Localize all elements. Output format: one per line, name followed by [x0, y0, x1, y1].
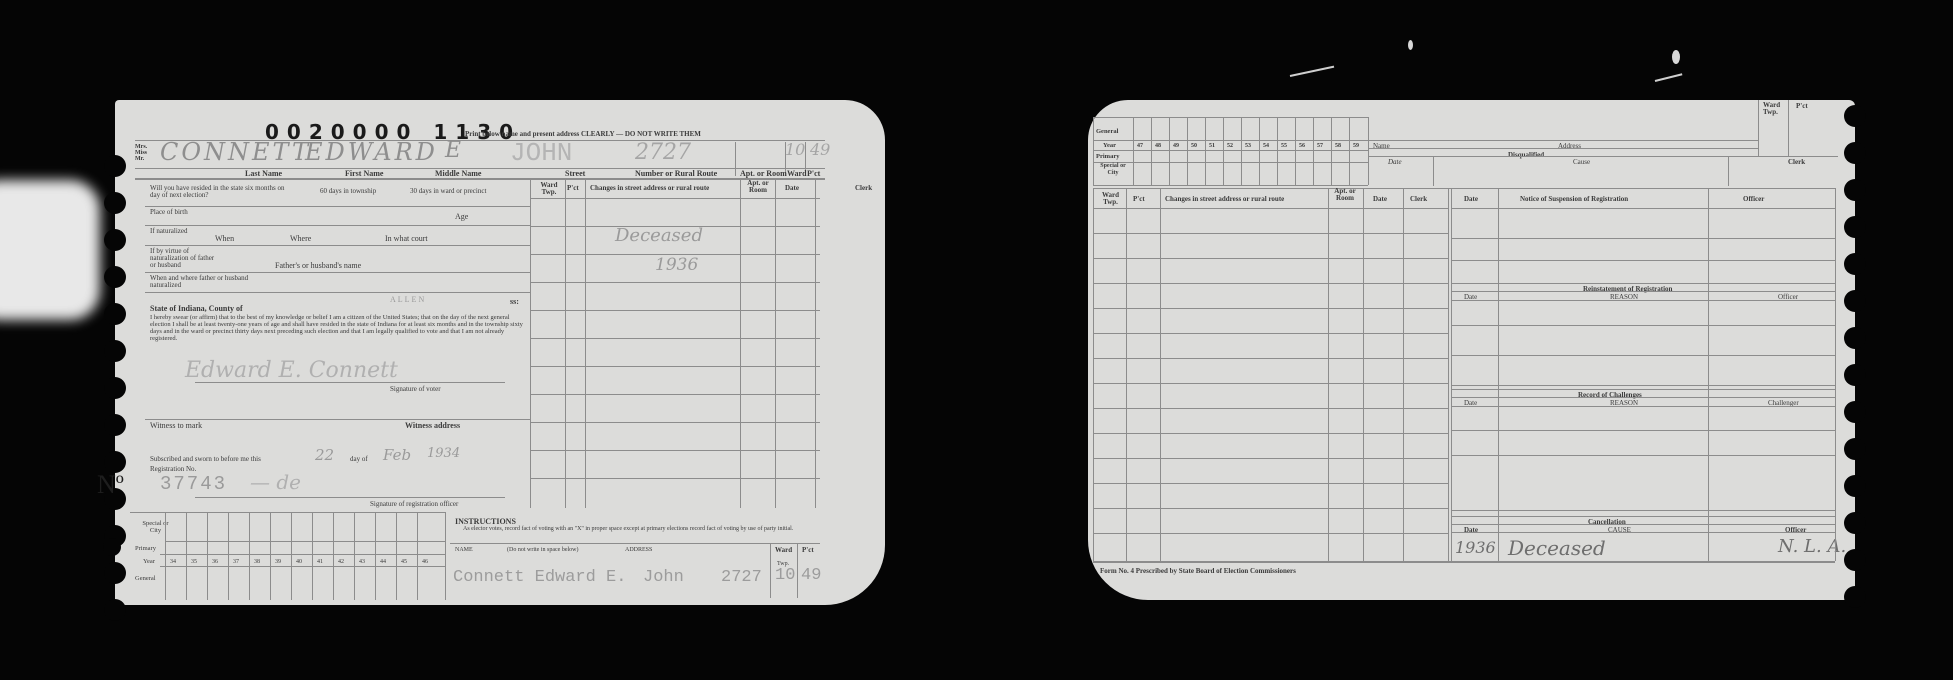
first-name-value: EDWARD	[305, 138, 438, 166]
perforation-hole	[1844, 549, 1866, 571]
grid-col-line	[1313, 117, 1314, 185]
witness-mark-label: Witness to mark	[150, 422, 202, 430]
perforation-hole	[104, 155, 126, 177]
grid-col-line	[1126, 188, 1127, 561]
front-header-ward: Ward Twp.	[535, 182, 563, 196]
last-name-value: CONNETT	[160, 138, 311, 166]
residence-60-days: 60 days in township	[320, 188, 390, 195]
year-cell: 39	[275, 558, 281, 566]
table-row-line	[1093, 233, 1448, 234]
perforation-hole	[1844, 364, 1866, 386]
grid-col-line	[186, 512, 187, 600]
oath-heading: State of Indiana, County of	[150, 305, 243, 313]
change-entry-deceased: Deceased	[615, 225, 703, 246]
back-ward-twp-label: Ward Twp.	[1763, 102, 1788, 116]
grid-col-line	[1328, 188, 1329, 561]
table-row-line	[1093, 508, 1448, 509]
table-row-line	[530, 422, 820, 423]
table-row-line	[1093, 258, 1448, 259]
table-row-line	[1093, 383, 1448, 384]
perforation-hole	[104, 414, 126, 436]
officer-signature-label: Signature of registration officer	[370, 500, 458, 508]
back-header-clerk: Clerk	[1410, 195, 1427, 203]
table-row-line	[1093, 283, 1448, 284]
change-entry-year: 1936	[655, 255, 698, 275]
perforation-hole	[104, 192, 126, 214]
back-vote-row-primary: Primary	[1096, 153, 1119, 161]
year-cell: 35	[191, 558, 197, 566]
apt-label: Apt. or Room	[740, 170, 787, 178]
naturalized-label: If naturalized	[150, 228, 195, 235]
bottom-address-label: ADDRESS	[625, 546, 652, 554]
table-row-line	[1093, 483, 1448, 484]
perforation-hole	[1844, 438, 1866, 460]
back-cause-label: Cause	[1573, 158, 1590, 166]
table-row-line	[1093, 333, 1448, 334]
front-header-date: Date	[785, 184, 799, 192]
signature-label: Signature of voter	[390, 385, 441, 393]
year-cell: 58	[1335, 142, 1341, 150]
witness-address-label: Witness address	[405, 422, 460, 430]
typed-pct: 49	[801, 566, 821, 585]
disqualified-label: Disqualified	[1508, 151, 1544, 159]
number-value: 2727	[635, 140, 691, 165]
section-line	[1451, 406, 1835, 407]
grid-col-line	[249, 512, 250, 600]
registration-no-label: Registration No.	[150, 465, 196, 473]
title-prefixes: Mrs.MissMr.	[135, 144, 147, 162]
year-cell: 49	[1173, 142, 1179, 150]
year-cell: 42	[338, 558, 344, 566]
when-where-father-label: When and where father or husband natural…	[150, 275, 250, 289]
form-footer: Form No. 4 Prescribed by State Board of …	[1100, 567, 1296, 575]
do-not-write-label: (Do not write in space below)	[507, 546, 578, 554]
residence-question: Will you have resided in the state six m…	[150, 185, 290, 199]
front-header-pct: P'ct	[567, 184, 579, 192]
year-cell: 38	[254, 558, 260, 566]
grid-col-line	[1349, 117, 1350, 185]
back-vote-row-general: General	[1096, 128, 1118, 136]
where-label: Where	[290, 235, 311, 243]
perforation-hole	[1844, 475, 1866, 497]
header-instruction: Print below name and present address CLE…	[465, 130, 701, 138]
perforation-hole	[104, 377, 126, 399]
oath-text: I hereby swear (or affirm) that to the b…	[150, 314, 525, 342]
table-row-line	[1093, 533, 1448, 534]
grid-col-line	[1133, 117, 1134, 185]
middle-initial-value: E	[445, 138, 461, 163]
table-row-line	[1093, 208, 1448, 209]
back-header-ward: Ward Twp.	[1098, 192, 1123, 206]
year-cell: 54	[1263, 142, 1269, 150]
section-line	[1451, 516, 1835, 517]
year-cell: 48	[1155, 142, 1161, 150]
place-of-birth-label: Place of birth	[150, 209, 190, 216]
perforation-hole	[1844, 216, 1866, 238]
grid-col-line	[1241, 117, 1242, 185]
section-line	[1451, 455, 1835, 456]
typed-number: 2727	[721, 568, 762, 587]
middle-name-label: Middle Name	[435, 170, 481, 178]
grid-col-line	[228, 512, 229, 600]
grid-col-line	[1259, 117, 1260, 185]
grid-col-line	[354, 512, 355, 600]
county-value: ALLEN	[390, 296, 426, 304]
court-label: In what court	[385, 235, 428, 243]
instructions-title: INSTRUCTIONS	[455, 518, 516, 526]
grid-col-line	[1498, 188, 1499, 561]
pct-value: 49	[810, 140, 830, 159]
scan-glare	[0, 180, 100, 320]
table-row-line	[530, 310, 820, 311]
back-header-apt: Apt. or Room	[1330, 188, 1360, 202]
grid-col-line	[375, 512, 376, 600]
section-line	[1451, 355, 1835, 356]
grid-col-line	[1223, 117, 1224, 185]
year-cell: 50	[1191, 142, 1197, 150]
day-of-label: day of	[350, 455, 368, 463]
street-value: JOHN	[510, 138, 572, 168]
grid-col-line	[1708, 188, 1709, 561]
back-clerk-label: Clerk	[1788, 158, 1805, 166]
section-line	[1451, 283, 1835, 284]
section-line	[1451, 300, 1835, 301]
grid-col-line	[1331, 117, 1332, 185]
table-row-line	[1093, 358, 1448, 359]
year-cell: 55	[1281, 142, 1287, 150]
perforation-hole	[1844, 105, 1866, 127]
year-cell: 51	[1209, 142, 1215, 150]
grid-col-line	[1160, 188, 1161, 561]
back-date-label: Date	[1388, 158, 1402, 166]
age-label: Age	[455, 213, 468, 221]
perforation-hole	[1844, 253, 1866, 275]
scan-scratch	[1655, 73, 1683, 82]
grid-col-line	[1295, 117, 1296, 185]
grid-col-line	[396, 512, 397, 600]
back-header-changes: Changes in street address or rural route	[1165, 195, 1284, 203]
perforation-hole	[1844, 512, 1866, 534]
table-row-line	[530, 366, 820, 367]
typed-name: Connett Edward E.	[453, 568, 626, 587]
grid-col-line	[1363, 188, 1364, 561]
year-cell: 40	[296, 558, 302, 566]
vote-row-primary: Primary	[135, 545, 156, 553]
year-cell: 47	[1137, 142, 1143, 150]
grid-col-line	[1277, 117, 1278, 185]
suspension-header-officer: Officer	[1743, 195, 1764, 203]
grid-col-line	[1187, 117, 1188, 185]
cancellation-date: 1936	[1455, 538, 1496, 557]
vote-row-general: General	[135, 575, 156, 583]
by-virtue-label: If by virtue of naturalization of father…	[150, 248, 215, 269]
section-line	[1451, 532, 1835, 533]
first-name-label: First Name	[345, 170, 383, 178]
grid-col-line	[1403, 188, 1404, 561]
perforation-hole	[1844, 586, 1866, 608]
perforation-hole	[104, 562, 126, 584]
suspension-header-date: Date	[1464, 195, 1478, 203]
year-cell: 34	[170, 558, 176, 566]
perforation-hole	[1844, 401, 1866, 423]
grid-col-line	[1169, 117, 1170, 185]
fathers-name-label: Father's or husband's name	[275, 262, 361, 270]
grid-col-line	[1205, 117, 1206, 185]
year-cell: 43	[359, 558, 365, 566]
section-line	[1451, 430, 1835, 431]
registration-card-front: 0020000 1130 Print below name and presen…	[115, 100, 885, 605]
back-vote-row-year: Year	[1103, 142, 1116, 150]
year-cell: 44	[380, 558, 386, 566]
section-line	[1451, 208, 1835, 209]
year-cell: 59	[1353, 142, 1359, 150]
perforation-hole	[104, 303, 126, 325]
perforation-hole	[104, 229, 126, 251]
perforation-hole	[1844, 327, 1866, 349]
oath-ss: ss:	[510, 298, 519, 306]
grid-col-line	[312, 512, 313, 600]
number-label: Number or Rural Route	[635, 170, 717, 178]
bottom-name-label: NAME	[455, 546, 473, 554]
grid-col-line	[1093, 188, 1094, 561]
suspension-header-title: Notice of Suspension of Registration	[1520, 195, 1628, 203]
section-line	[1451, 260, 1835, 261]
year-cell: 41	[317, 558, 323, 566]
year-cell: 56	[1299, 142, 1305, 150]
typed-ward: 10	[775, 566, 795, 585]
scan-scratch	[1290, 66, 1334, 77]
section-line	[1451, 397, 1835, 398]
number-sign: Nº	[97, 472, 124, 498]
grid-col-line	[417, 512, 418, 600]
front-header-clerk: Clerk	[855, 184, 872, 192]
section-line	[1451, 385, 1835, 386]
ward-label: Ward	[787, 170, 807, 178]
back-header-pct: P'ct	[1133, 195, 1145, 203]
grid-col-line	[1835, 188, 1836, 561]
scan-speck	[1408, 40, 1413, 50]
subscribed-month: Feb	[383, 446, 411, 464]
vote-row-year: Year	[143, 558, 155, 566]
instructions-text: As elector votes, record fact of voting …	[463, 526, 803, 533]
perforation-hole	[1844, 290, 1866, 312]
perforation-hole	[1844, 179, 1866, 201]
grid-col-line	[270, 512, 271, 600]
table-row-line	[530, 394, 820, 395]
registration-card-back: General Year Primary Special or City 474…	[1088, 100, 1855, 600]
vote-row-special: Special or City	[138, 520, 173, 534]
back-vote-row-special: Special or City	[1098, 163, 1128, 177]
ward-value: 10	[785, 140, 805, 159]
section-line	[1451, 510, 1835, 511]
street-label: Street	[565, 170, 585, 178]
registration-number: 37743	[160, 473, 227, 495]
section-line	[1451, 325, 1835, 326]
back-pct-label: P'ct	[1796, 102, 1808, 110]
subscribed-year: 1934	[427, 446, 460, 461]
subscribed-day: 22	[315, 446, 334, 464]
table-row-line	[1093, 408, 1448, 409]
grid-col-line	[165, 512, 166, 600]
perforation-hole	[104, 266, 126, 288]
year-cell: 37	[233, 558, 239, 566]
table-row-line	[1093, 433, 1448, 434]
year-cell: 46	[422, 558, 428, 566]
grid-col-line	[291, 512, 292, 600]
residence-30-days: 30 days in ward or precinct	[410, 188, 490, 195]
front-header-apt: Apt. or Room	[743, 180, 773, 194]
when-label: When	[215, 235, 234, 243]
perforation-hole	[104, 599, 126, 621]
section-line	[1451, 238, 1835, 239]
table-row-line	[1093, 308, 1448, 309]
grid-col-line	[333, 512, 334, 600]
grid-col-line	[1151, 117, 1152, 185]
table-row-line	[530, 478, 820, 479]
perforation-hole	[1844, 142, 1866, 164]
scan-speck	[1672, 50, 1680, 64]
typed-street: John	[643, 568, 684, 587]
year-cell: 53	[1245, 142, 1251, 150]
pct-label: P'ct	[807, 170, 820, 178]
section-line	[1451, 291, 1835, 292]
table-row-line	[530, 198, 820, 199]
year-cell: 36	[212, 558, 218, 566]
table-row-line	[530, 282, 820, 283]
perforation-hole	[104, 340, 126, 362]
bottom-pct-label: P'ct	[802, 546, 814, 554]
table-row-line	[530, 338, 820, 339]
subscribed-label: Subscribed and sworn to before me this	[150, 455, 261, 463]
section-line	[1451, 389, 1835, 390]
grid-col-line	[1451, 188, 1452, 561]
grid-col-line	[207, 512, 208, 600]
table-row-line	[1093, 458, 1448, 459]
voter-signature: Edward E. Connett	[185, 358, 398, 383]
year-cell: 52	[1227, 142, 1233, 150]
officer-signature: — de	[250, 470, 301, 494]
bottom-ward-label: Ward	[775, 546, 792, 554]
table-row-line	[530, 450, 820, 451]
back-header-date: Date	[1373, 195, 1387, 203]
grid-col-line	[1448, 188, 1449, 561]
year-cell: 57	[1317, 142, 1323, 150]
cancellation-cause: Deceased	[1508, 536, 1606, 560]
last-name-label: Last Name	[245, 170, 282, 178]
year-cell: 45	[401, 558, 407, 566]
front-header-changes: Changes in street address or rural route	[590, 184, 709, 192]
section-line	[1451, 524, 1835, 525]
